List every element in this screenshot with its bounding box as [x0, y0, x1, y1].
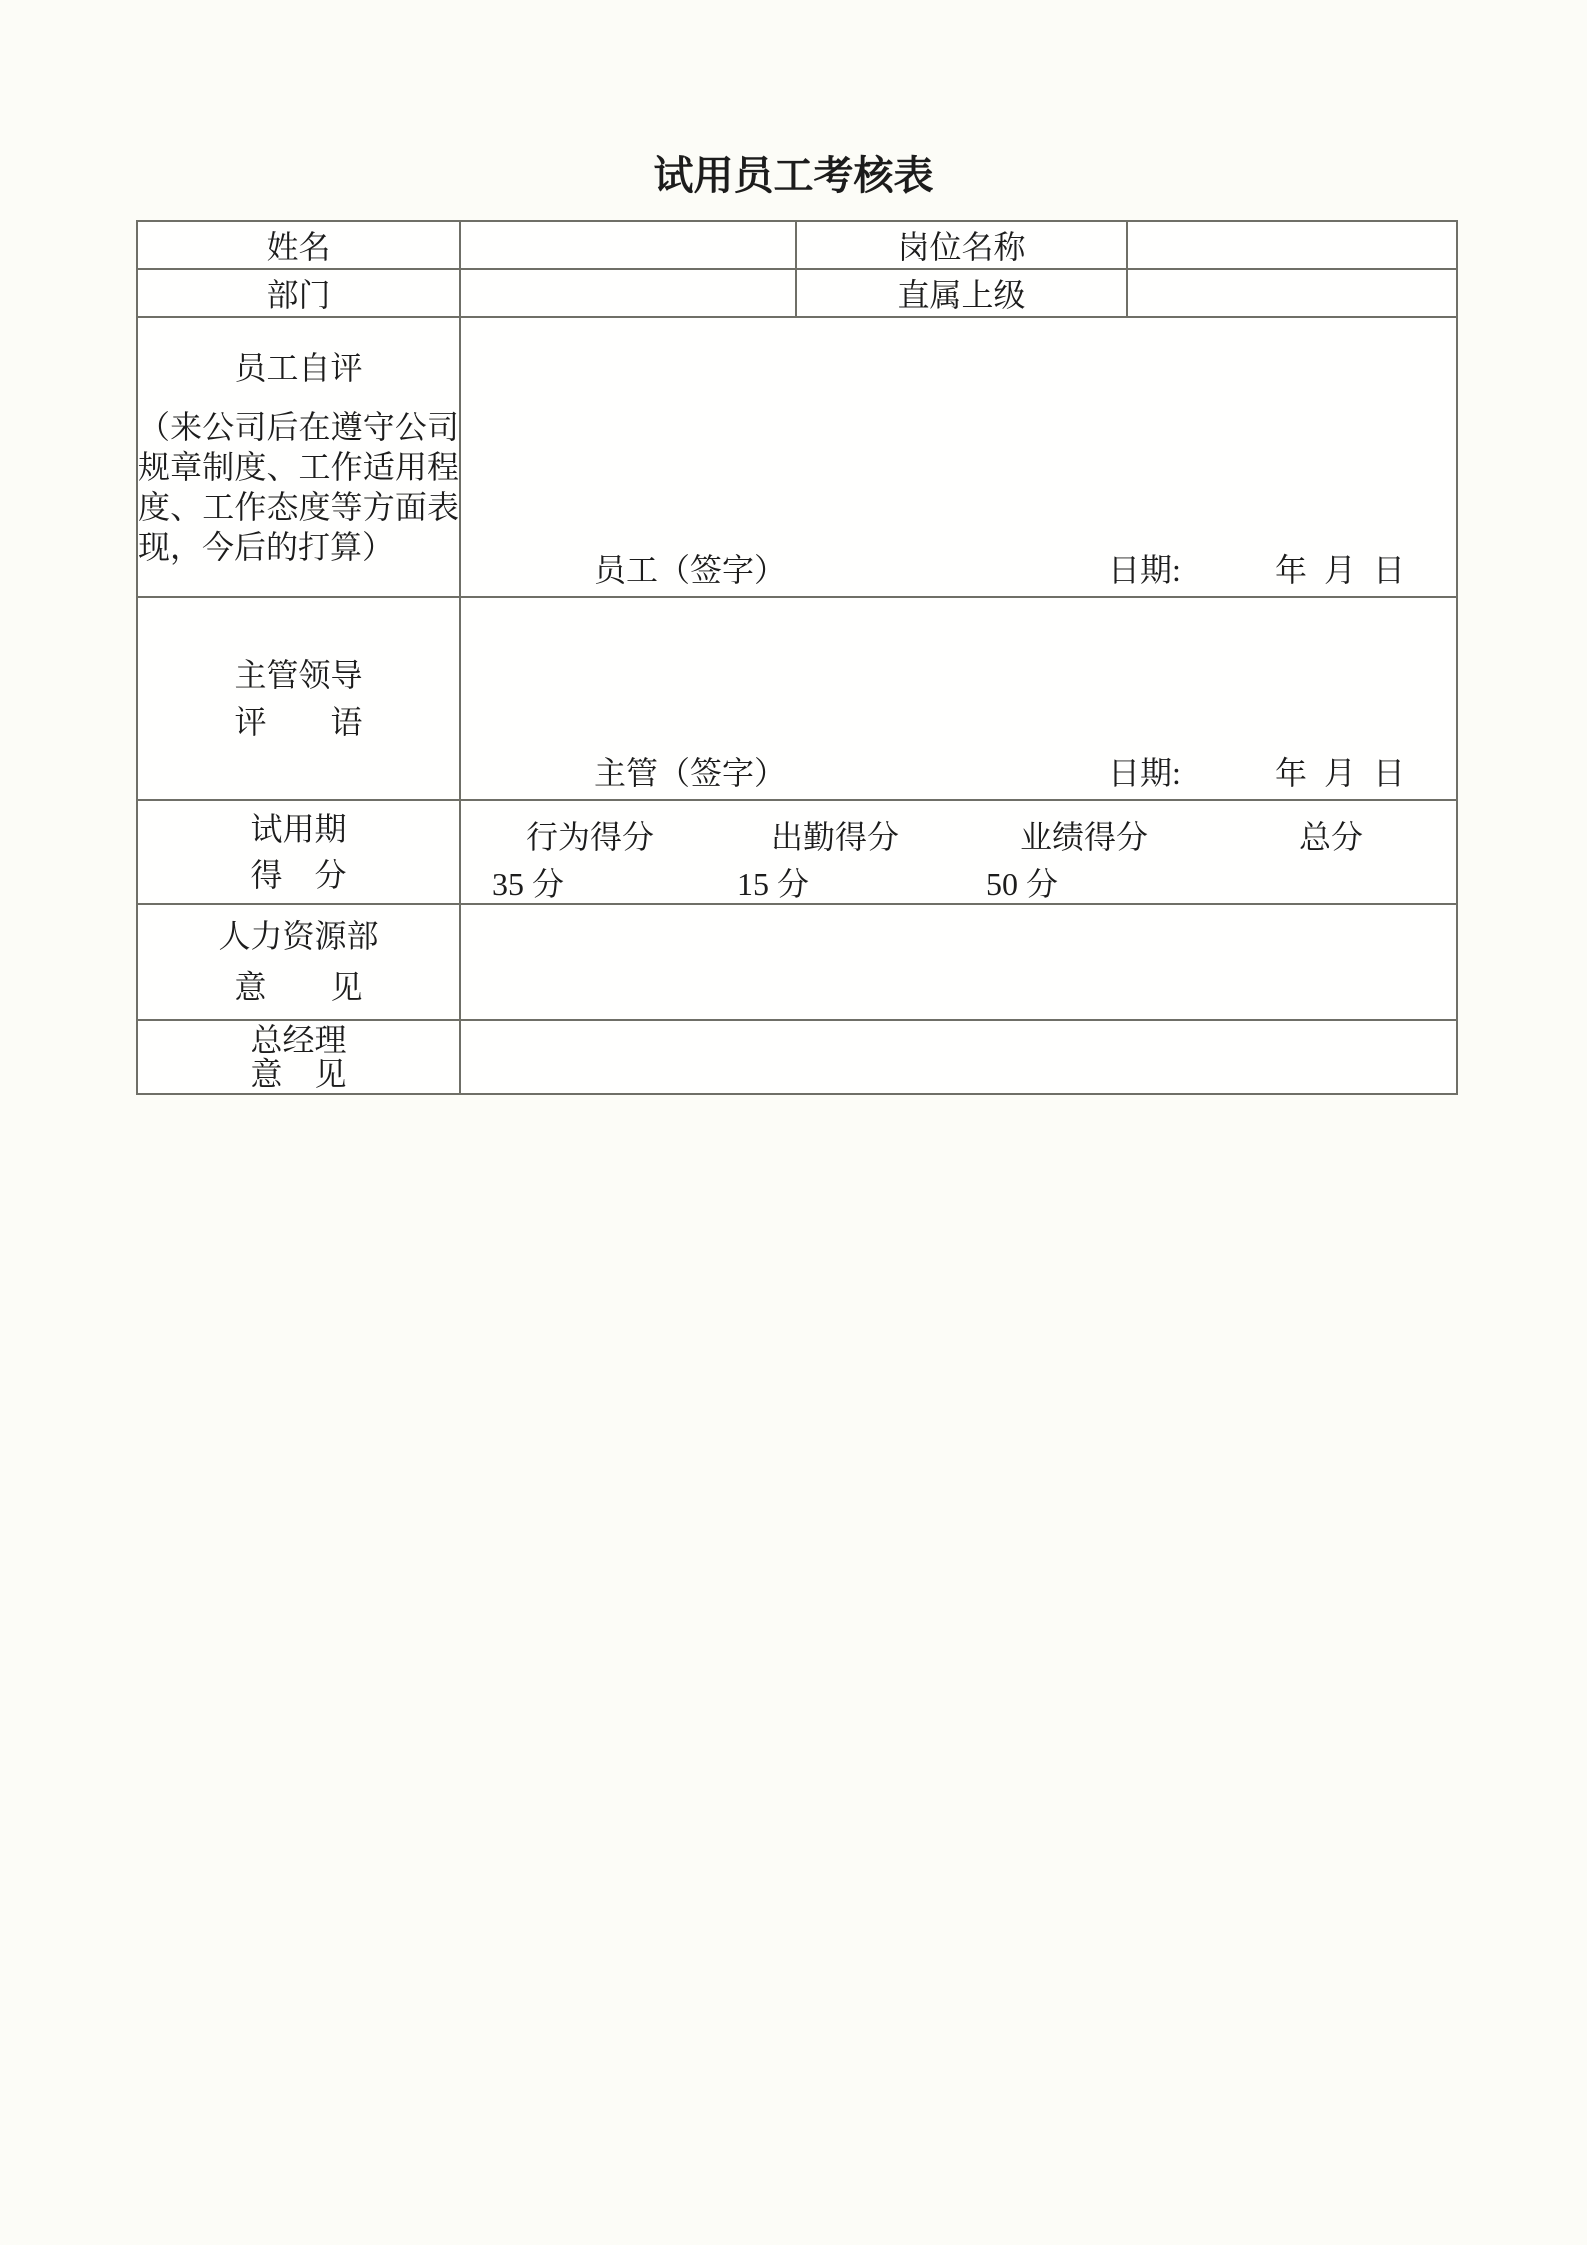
gm-opinion-label-cell: 总经理 意 见: [137, 1020, 460, 1094]
row-self-eval: 员工自评 （来公司后在遵守公司规章制度、工作适用程度、工作态度等方面表现，今后的…: [137, 317, 1457, 597]
position-value-cell[interactable]: [1127, 221, 1457, 269]
total-score-label: 总分: [1299, 812, 1363, 858]
hr-opinion-heading-line1: 人力资源部: [138, 911, 459, 962]
performance-score-label: 业绩得分: [1020, 812, 1148, 858]
probation-score-heading-line2: 得 分: [138, 852, 459, 898]
behavior-score-label: 行为得分: [526, 812, 654, 858]
hr-opinion-heading-line2: 意 见: [138, 962, 459, 1013]
department-label: 部门: [137, 269, 460, 317]
probation-score-label-cell: 试用期 得 分: [137, 800, 460, 904]
gm-opinion-value-cell[interactable]: [460, 1020, 1457, 1094]
row-gm-opinion: 总经理 意 见: [137, 1020, 1457, 1094]
self-eval-heading: 员工自评: [138, 348, 459, 388]
row-hr-opinion: 人力资源部 意 见: [137, 904, 1457, 1020]
behavior-score-value: 35 分: [492, 859, 564, 905]
self-eval-label-cell: 员工自评 （来公司后在遵守公司规章制度、工作适用程度、工作态度等方面表现，今后的…: [137, 317, 460, 597]
probation-score-content-cell: 行为得分 出勤得分 业绩得分 总分 35 分 15 分 50 分: [460, 800, 1457, 904]
gm-opinion-heading-line2: 意 见: [138, 1057, 459, 1091]
supervisor-review-comment-cell[interactable]: 主管（签字） 日期: 年 月 日: [460, 597, 1457, 800]
position-label: 岗位名称: [796, 221, 1127, 269]
row-probation-score: 试用期 得 分 行为得分 出勤得分 业绩得分 总分 35 分 15 分 50 分: [137, 800, 1457, 904]
hr-opinion-value-cell[interactable]: [460, 904, 1457, 1020]
self-eval-date-label: 日期:: [1108, 545, 1181, 591]
direct-supervisor-label: 直属上级: [796, 269, 1127, 317]
hr-opinion-label-cell: 人力资源部 意 见: [137, 904, 460, 1020]
row-supervisor-review: 主管领导 评 语 主管（签字） 日期: 年 月 日: [137, 597, 1457, 800]
probation-score-heading-line1: 试用期: [138, 806, 459, 852]
document-page: 试用员工考核表 姓名 岗位名称 部门 直属上级 员工自评 （来公司后在遵守公司规: [0, 0, 1587, 2245]
attendance-score-value: 15 分: [737, 859, 809, 905]
name-value-cell[interactable]: [460, 221, 796, 269]
self-eval-date-fields: 年 月 日: [1275, 545, 1405, 591]
supervisor-signature-label: 主管（签字）: [594, 748, 786, 794]
self-eval-note: （来公司后在遵守公司规章制度、工作适用程度、工作态度等方面表现，今后的打算）: [138, 407, 459, 567]
page-title: 试用员工考核表: [0, 152, 1587, 200]
supervisor-review-heading-line1: 主管领导: [138, 652, 459, 699]
self-eval-comment-cell[interactable]: 员工（签字） 日期: 年 月 日: [460, 317, 1457, 597]
gm-opinion-heading-line1: 总经理: [138, 1023, 459, 1057]
attendance-score-label: 出勤得分: [771, 812, 899, 858]
employee-signature-label: 员工（签字）: [594, 545, 786, 591]
name-label: 姓名: [137, 221, 460, 269]
supervisor-review-date-label: 日期:: [1108, 748, 1181, 794]
supervisor-review-heading-line2: 评 语: [138, 699, 459, 746]
direct-supervisor-value-cell[interactable]: [1127, 269, 1457, 317]
supervisor-review-date-fields: 年 月 日: [1275, 748, 1405, 794]
assessment-table: 姓名 岗位名称 部门 直属上级 员工自评 （来公司后在遵守公司规章制度、工作适用…: [136, 220, 1458, 1095]
row-department-supervisor: 部门 直属上级: [137, 269, 1457, 317]
performance-score-value: 50 分: [986, 859, 1058, 905]
supervisor-review-label-cell: 主管领导 评 语: [137, 597, 460, 800]
row-name-position: 姓名 岗位名称: [137, 221, 1457, 269]
department-value-cell[interactable]: [460, 269, 796, 317]
